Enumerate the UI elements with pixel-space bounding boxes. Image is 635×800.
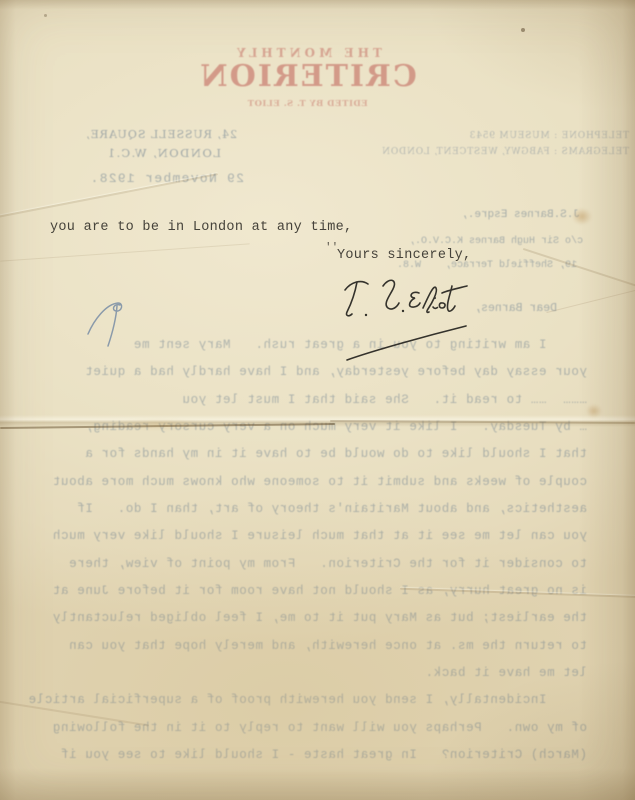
- show-through-body-line: to return the ms. at once herewith, and …: [22, 639, 587, 666]
- show-through-body-line: of my own. Perhaps you will want to repl…: [22, 721, 587, 748]
- show-through-body-line: … by Tuesday. I like it very much on a v…: [22, 420, 587, 447]
- fold-crease-horizontal: [0, 415, 635, 427]
- show-through-body-line: (March) Criterion? In great haste - I sh…: [22, 748, 587, 775]
- show-through-body-line: couple of weeks and submit it to someone…: [22, 475, 587, 502]
- crease-line: [523, 248, 635, 290]
- pencil-annotation-mark: [80, 296, 128, 351]
- typed-continuation-line: you are to be in London at any time,: [50, 220, 352, 235]
- fold-crease-dark-line: [0, 423, 335, 429]
- crease-line: [400, 588, 635, 598]
- show-through-body-line: Incidentally, I send you herewith proof …: [22, 693, 587, 720]
- masthead-editor-line: EDITED BY T. S. ELIOT: [0, 99, 625, 109]
- letter-scan-page: THE MONTHLY CRITERION EDITED BY T. S. EL…: [0, 0, 635, 800]
- stain-spot: [572, 208, 592, 225]
- telephone-line: TELEPHONE : MUSEUM 9543: [469, 131, 629, 141]
- typed-closing-line: Yours sincerely,: [337, 248, 471, 263]
- masthead-criterion-title: CRITERION: [0, 59, 625, 94]
- show-through-body: I am writing to you in a great rush. Mar…: [22, 338, 587, 776]
- recipient-name-line: J.S.Barnes Esqre.,: [461, 209, 580, 221]
- stain-spot: [586, 404, 602, 418]
- show-through-body-line: to consider it for the Criterion. From m…: [22, 557, 587, 584]
- ink-speck: [521, 28, 525, 32]
- masthead-top-line: THE MONTHLY: [0, 46, 625, 60]
- crease-line: [0, 243, 249, 262]
- fold-crease-right-segment: [330, 420, 635, 424]
- date-line: 29 November 1928.: [89, 171, 244, 186]
- show-through-body-line: that I should like to do would be to hav…: [22, 447, 587, 474]
- show-through-body-line: the earliest; but as Mary put it to me, …: [22, 611, 587, 638]
- stain-smudge: [118, 419, 203, 430]
- telegrams-line: TELEGRAMS : FABGWY, WESTCENT, LONDON: [381, 147, 629, 157]
- show-through-body-line: aesthetics, and about Maritain's theory …: [22, 502, 587, 529]
- address-line-2: LONDON, W.C.1: [106, 146, 221, 160]
- show-through-layer: THE MONTHLY CRITERION EDITED BY T. S. EL…: [0, 0, 635, 800]
- show-through-body-line: let me have it back.: [22, 666, 587, 693]
- ink-speck: [44, 14, 47, 17]
- scan-vignette: [0, 0, 635, 800]
- crease-line: [0, 699, 149, 726]
- show-through-body-line: ……… …… to read it. She said that I must …: [22, 393, 587, 420]
- show-through-body-line: your essay day before yesterday, and I h…: [22, 365, 587, 392]
- crease-line: [546, 288, 635, 313]
- recipient-careof-line: c/o Sir Hugh Barnes K.C.V.O.,: [409, 236, 583, 247]
- show-through-body-line: is no great hurry, as I should not have …: [22, 584, 587, 611]
- address-line-1: 24, RUSSELL SQUARE,: [85, 128, 237, 141]
- crease-line: [0, 173, 218, 220]
- show-through-body-line: you can let me see it at that much leisu…: [22, 529, 587, 556]
- signature-ts-eliot: [335, 273, 495, 368]
